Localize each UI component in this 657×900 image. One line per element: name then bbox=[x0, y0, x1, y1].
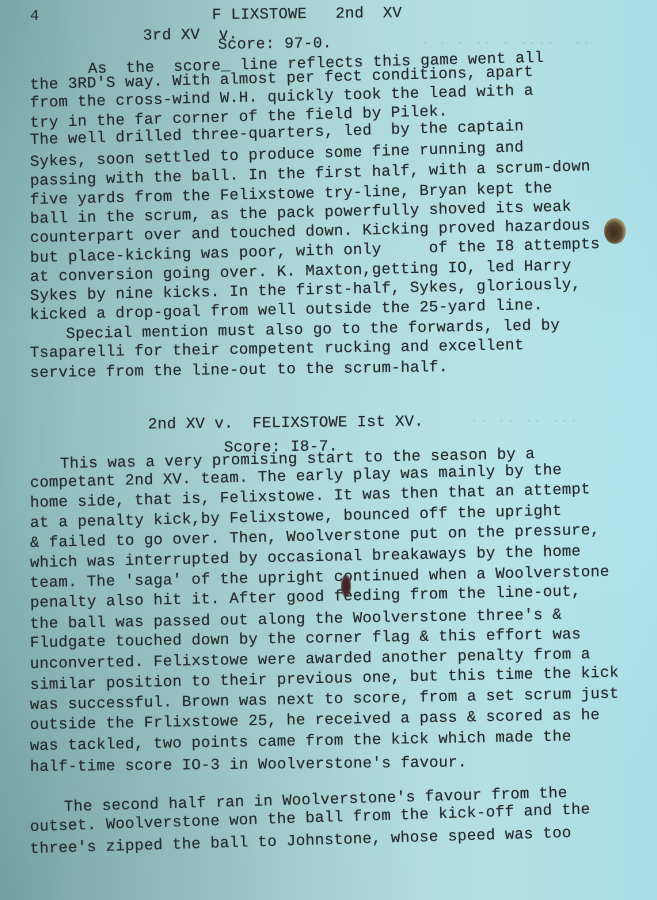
page-number: 4 bbox=[30, 8, 39, 25]
punch-hole bbox=[604, 218, 626, 244]
section-1-score: Score: 97-0. bbox=[218, 36, 332, 53]
text-line: service from the line-out to the scrum-h… bbox=[30, 360, 448, 381]
show-through-text: .. .. .. ... bbox=[470, 410, 578, 427]
typewritten-page: . . . .. . .... .. .. .. .. ... 4 F LIXS… bbox=[0, 0, 657, 900]
text-line: was tackled, two points came from the ki… bbox=[30, 730, 572, 755]
ink-blot bbox=[341, 575, 351, 597]
section-2-title: 2nd XV v. FELIXSTOWE Ist XV. bbox=[148, 415, 424, 433]
section-1-title-line-1: F LIXSTOWE 2nd XV bbox=[212, 6, 402, 23]
text-line: half-time score IO-3 in Woolverstone's f… bbox=[30, 755, 467, 775]
show-through-text: . . . .. . .... .. bbox=[420, 32, 591, 49]
